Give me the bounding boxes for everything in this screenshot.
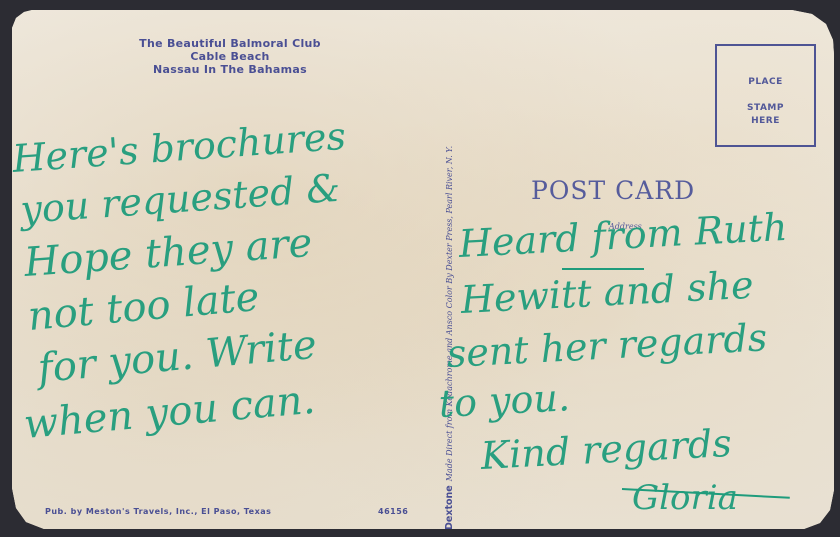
imprint-text: Made Direct from Kodachrome and Ansco Co… [445, 146, 454, 481]
vertical-imprint: DextoneMade Direct from Kodachrome and A… [444, 10, 455, 530]
dextone-brand: Dextone [444, 485, 455, 530]
hotel-line-2: Cable Beach [130, 50, 330, 63]
signature: Gloria [632, 478, 738, 518]
stamp-text-place: PLACE [717, 76, 814, 89]
publisher-line: Pub. by Meston's Travels, Inc., El Paso,… [45, 507, 271, 516]
post-card-heading: POST CARD [531, 176, 695, 205]
hotel-caption: The Beautiful Balmoral Club Cable Beach … [130, 37, 330, 76]
hotel-line-1: The Beautiful Balmoral Club [130, 37, 330, 50]
stamp-text-stamp: STAMP [717, 102, 814, 115]
stamp-text-here: HERE [717, 115, 814, 128]
catalog-number: 46156 [378, 507, 408, 516]
stamp-box: PLACE STAMP HERE [715, 44, 816, 147]
hotel-line-3: Nassau In The Bahamas [130, 63, 330, 76]
handwriting-right-line-4: to you. [438, 375, 571, 426]
